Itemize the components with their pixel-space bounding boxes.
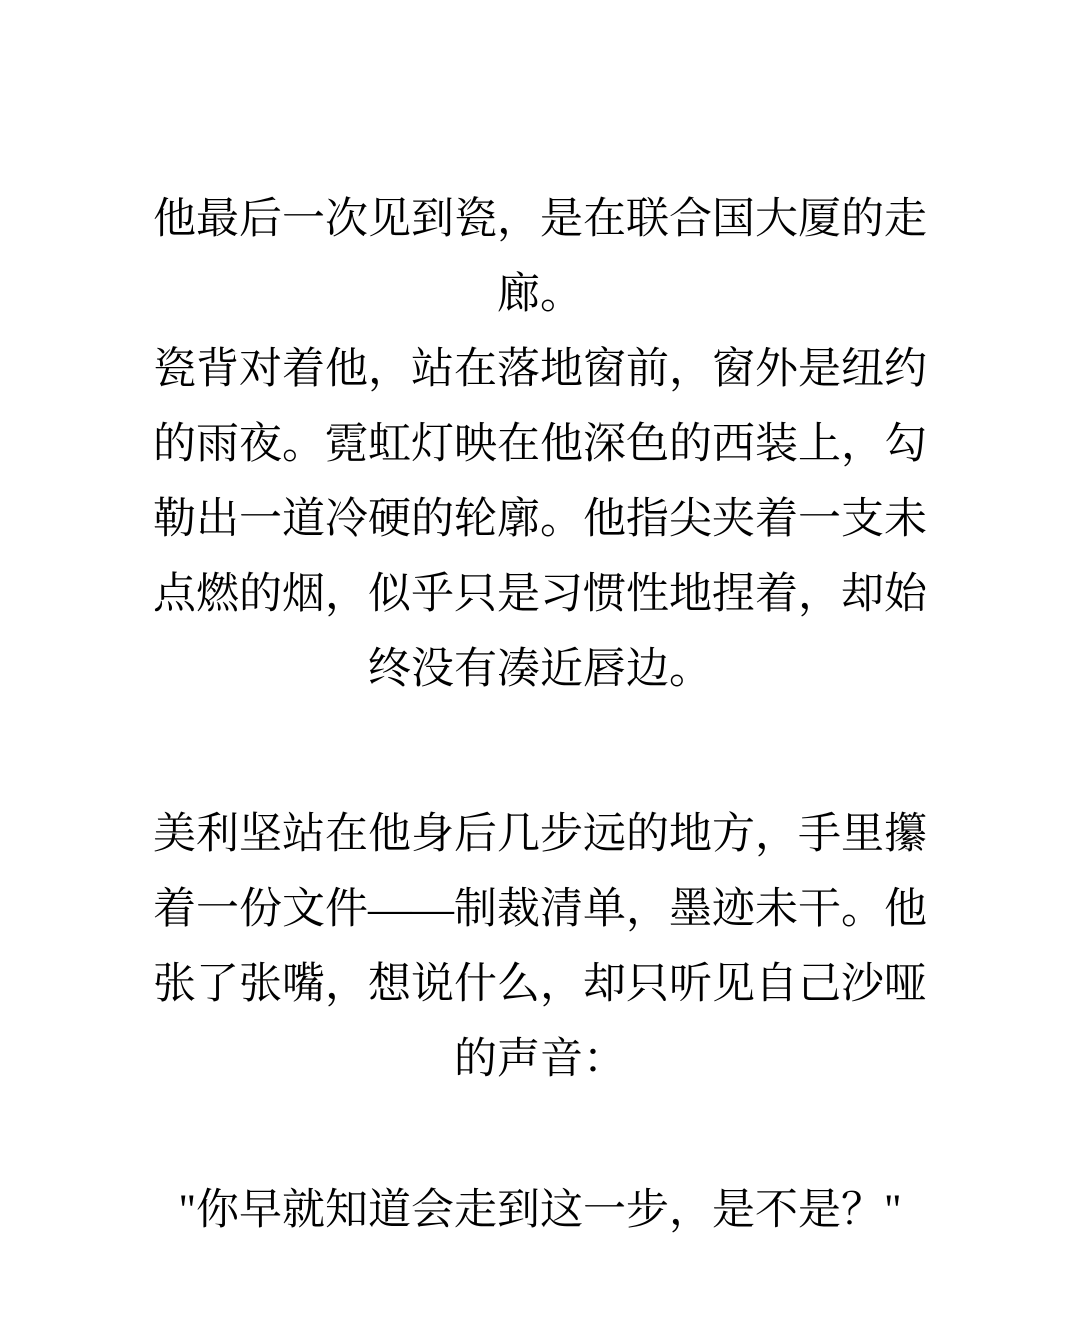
- story-paragraph-3: 美利坚站在他身后几步远的地方，手里攥着一份文件——制裁清单，墨迹未干。他张了张嘴…: [150, 797, 930, 1097]
- story-paragraph-2: 瓷背对着他，站在落地窗前，窗外是纽约的雨夜。霓虹灯映在他深色的西装上，勾勒出一道…: [150, 332, 930, 707]
- story-paragraph-1: 他最后一次见到瓷，是在联合国大厦的走廊。: [150, 182, 930, 332]
- story-dialogue-line: "你早就知道会走到这一步，是不是？": [150, 1173, 930, 1248]
- document-page: 他最后一次见到瓷，是在联合国大厦的走廊。 瓷背对着他，站在落地窗前，窗外是纽约的…: [150, 0, 930, 1248]
